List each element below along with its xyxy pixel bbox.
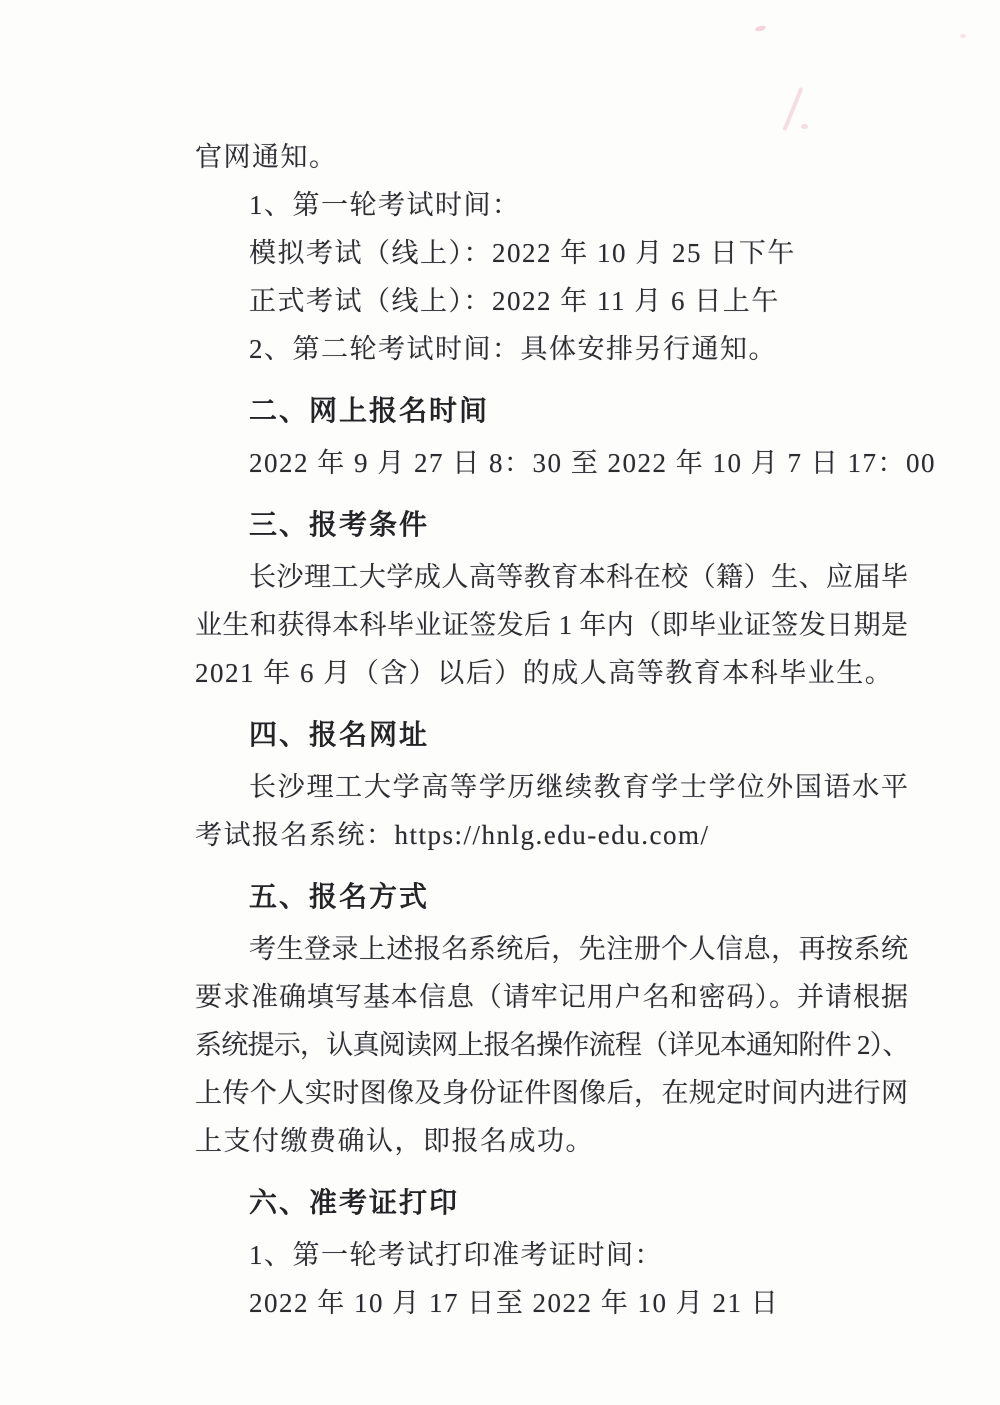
text-line-formal-exam-date: 正式考试（线上）：2022 年 11 月 6 日上午 xyxy=(195,277,908,325)
text-line-website-1: 长沙理工大学高等学历继续教育学士学位外国语水平 xyxy=(195,763,908,811)
text-line-method-3: 系统提示，认真阅读网上报名操作流程（详见本通知附件 2）、 xyxy=(195,1021,908,1069)
scan-artifact xyxy=(783,87,804,131)
text-line-method-4: 上传个人实时图像及身份证件图像后，在规定时间内进行网 xyxy=(195,1069,908,1117)
text-line-ticket-print-period: 2022 年 10 月 17 日至 2022 年 10 月 21 日 xyxy=(195,1279,908,1327)
section-heading-eligibility: 三、报考条件 xyxy=(195,501,908,549)
scan-artifact xyxy=(755,25,767,33)
scan-artifact xyxy=(801,124,808,129)
text-line-paragraph-end: 官网通知。 xyxy=(195,133,908,181)
text-line-method-5: 上支付缴费确认，即报名成功。 xyxy=(195,1117,908,1165)
text-line-mock-exam-date: 模拟考试（线上）：2022 年 10 月 25 日下午 xyxy=(195,229,908,277)
text-line-method-2: 要求准确填写基本信息（请牢记用户名和密码）。并请根据 xyxy=(195,973,908,1021)
text-line-eligibility-1: 长沙理工大学成人高等教育本科在校（籍）生、应届毕 xyxy=(195,553,908,601)
list-item-ticket-print-time: 1、第一轮考试打印准考证时间： xyxy=(195,1231,908,1279)
list-item-round2-exam-time: 2、第二轮考试时间：具体安排另行通知。 xyxy=(195,325,908,373)
section-heading-registration-website: 四、报名网址 xyxy=(195,711,908,759)
document-body: 官网通知。 1、第一轮考试时间： 模拟考试（线上）：2022 年 10 月 25… xyxy=(195,133,908,1327)
text-line-registration-period: 2022 年 9 月 27 日 8：30 至 2022 年 10 月 7 日 1… xyxy=(195,439,908,487)
text-line-eligibility-2: 业生和获得本科毕业证签发后 1 年内（即毕业证签发日期是 xyxy=(195,601,908,649)
section-heading-admission-ticket: 六、准考证打印 xyxy=(195,1179,908,1227)
text-line-eligibility-3: 2021 年 6 月（含）以后）的成人高等教育本科毕业生。 xyxy=(195,649,908,697)
document-page: 官网通知。 1、第一轮考试时间： 模拟考试（线上）：2022 年 10 月 25… xyxy=(0,0,1000,1405)
section-heading-registration-time: 二、网上报名时间 xyxy=(195,387,908,435)
text-line-website-url: 考试报名系统：https://hnlg.edu-edu.com/ xyxy=(195,811,908,859)
text-line-method-1: 考生登录上述报名系统后，先注册个人信息，再按系统 xyxy=(195,925,908,973)
section-heading-registration-method: 五、报名方式 xyxy=(195,873,908,921)
scan-artifact xyxy=(960,34,966,38)
list-item-round1-exam-time: 1、第一轮考试时间： xyxy=(195,181,908,229)
